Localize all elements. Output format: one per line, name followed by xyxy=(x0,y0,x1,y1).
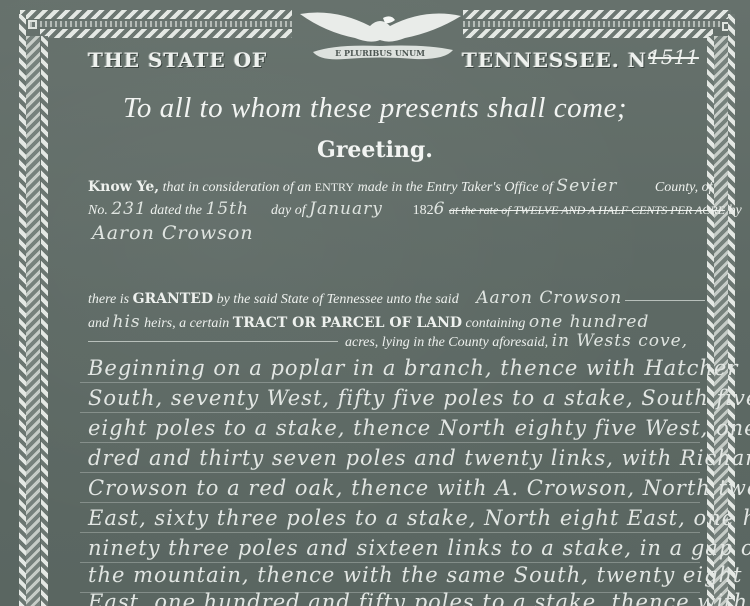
header-state-of: THE STATE OF xyxy=(88,48,267,72)
acres-underline xyxy=(88,341,338,342)
header-tennessee: TENNESSEE. N° xyxy=(462,48,658,72)
year-prefix: 182 xyxy=(413,203,434,218)
by-label: by xyxy=(728,203,741,218)
corner-ornament-left xyxy=(28,20,37,29)
ruled-line xyxy=(80,382,700,383)
location-field: in Wests cove, xyxy=(552,331,688,351)
rate-struck-text: at the rate of TWELVE AND A HALF CENTS P… xyxy=(449,203,725,217)
top-border-right-inner xyxy=(463,29,713,38)
clause4-text-b: containing xyxy=(466,316,526,331)
entry-label: ENTRY xyxy=(315,180,354,194)
greeting: Greeting. xyxy=(0,137,750,163)
description-line: Crowson to a red oak, thence with A. Cro… xyxy=(88,476,750,500)
clause-tract: and his heirs, a certain TRACT OR PARCEL… xyxy=(88,312,649,332)
grantee-underline xyxy=(625,300,705,301)
top-border-left-dots xyxy=(30,21,292,27)
dated-label: dated the xyxy=(150,203,202,218)
day-of-label: day of xyxy=(271,203,306,218)
ruled-line xyxy=(80,502,700,503)
clause1-text-c: County, of xyxy=(655,180,713,195)
day-field: 15th xyxy=(206,199,268,219)
description-line: East, sixty three poles to a stake, Nort… xyxy=(88,506,750,530)
description-line: East, one hundred and fifty poles to a s… xyxy=(88,590,748,606)
no-label: No. xyxy=(88,203,108,218)
month-field: January xyxy=(309,199,409,219)
eagle-icon: E PLURIBUS UNUM xyxy=(295,4,465,64)
ruled-line xyxy=(80,442,700,443)
ruled-line xyxy=(80,532,700,533)
clause3-text-b: by the said State of Tennessee unto the … xyxy=(217,292,459,307)
clause-know-ye: Know Ye, that in consideration of an ENT… xyxy=(88,176,712,196)
acres-field: one hundred xyxy=(529,312,649,332)
top-border-right-dots xyxy=(463,21,721,27)
land-grant-document: E PLURIBUS UNUM THE STATE OF TENNESSEE. … xyxy=(0,0,750,606)
clause1-text-b: made in the Entry Taker's Office of xyxy=(358,180,553,195)
top-border-right-outer xyxy=(463,10,731,19)
year-suffix-field: 6 xyxy=(434,199,446,219)
clause1-text-a: that in consideration of an xyxy=(163,180,312,195)
description-line: the mountain, thence with the same South… xyxy=(88,563,742,587)
description-line: dred and thirty seven poles and twenty l… xyxy=(88,446,750,470)
top-border-left-outer xyxy=(20,10,292,19)
granted-label: GRANTED xyxy=(133,291,213,307)
clause-granted: there is GRANTED by the said State of Te… xyxy=(88,288,622,308)
document-title: To all to whom these presents shall come… xyxy=(0,92,750,125)
grantee-field: Aaron Crowson xyxy=(476,288,622,308)
description-line: ninety three poles and sixteen links to … xyxy=(88,536,750,560)
description-line: eight poles to a stake, thence North eig… xyxy=(88,416,750,440)
and-label: and xyxy=(88,316,109,331)
clause5-text-a: acres, lying in the County aforesaid, xyxy=(345,335,548,350)
clause3-text-a: there is xyxy=(88,292,129,307)
tract-label: TRACT OR PARCEL OF LAND xyxy=(233,315,462,331)
clause-location: acres, lying in the County aforesaid, in… xyxy=(345,331,688,351)
his-field: his xyxy=(113,312,141,332)
description-line: South, seventy West, fifty five poles to… xyxy=(88,386,750,410)
know-ye-label: Know Ye, xyxy=(88,179,159,195)
county-field: Sevier xyxy=(556,176,651,196)
top-border-left-inner xyxy=(40,29,292,38)
clause4-text-a: heirs, a certain xyxy=(144,316,229,331)
motto-text: E PLURIBUS UNUM xyxy=(335,48,425,58)
description-line: Beginning on a poplar in a branch, thenc… xyxy=(88,356,738,380)
ruled-line xyxy=(80,412,700,413)
grantee-name: Aaron Crowson xyxy=(92,222,254,244)
ruled-line xyxy=(80,472,700,473)
grant-number: 1511 xyxy=(648,45,699,69)
clause-dated: No. 231 dated the 15th day of January 18… xyxy=(88,199,742,219)
entry-number-field: 231 xyxy=(111,199,146,219)
